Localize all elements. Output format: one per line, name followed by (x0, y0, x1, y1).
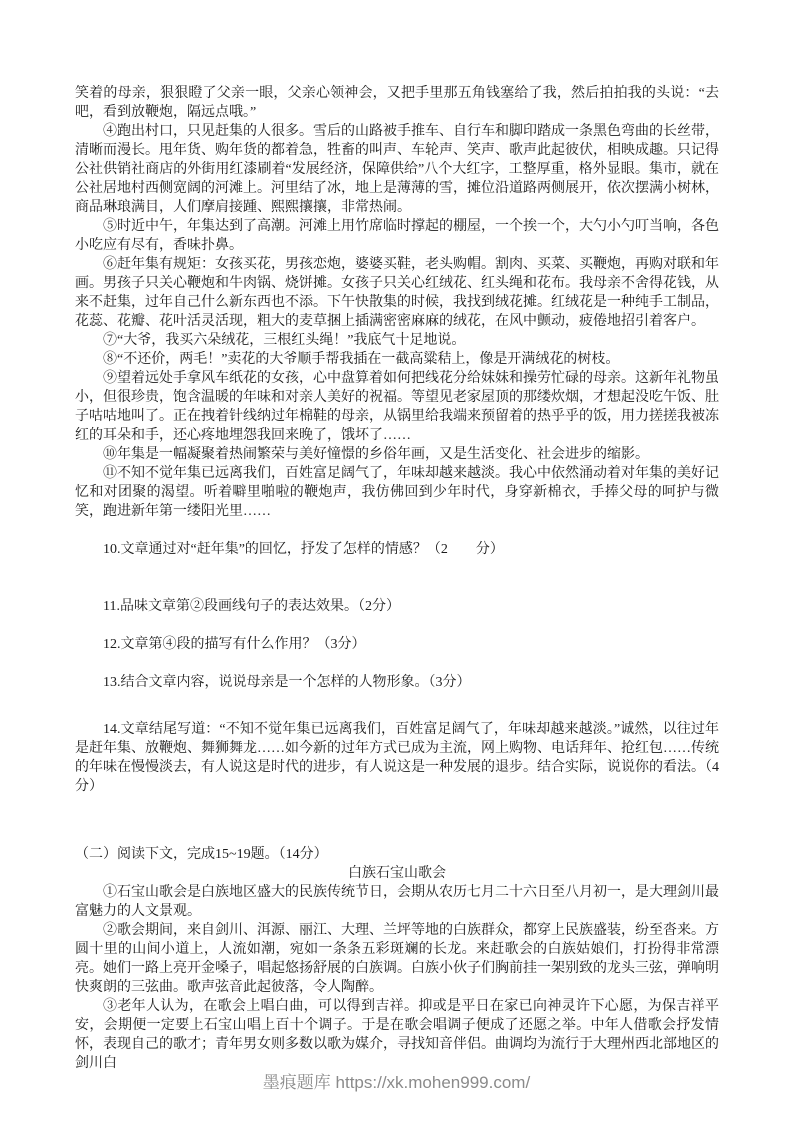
section-two-heading: （二）阅读下文，完成15~19题。（14分） (75, 845, 719, 864)
exam-page: 笑着的母亲，狠狠瞪了父亲一眼，父亲心领神会，又把手里那五角钱塞给了我，然后拍拍我… (0, 0, 793, 1122)
passage-paragraph-11: ⑪不知不觉年集已远离我们，百姓富足阔气了，年味却越来越淡。我心中依然涌动着对年集… (75, 464, 719, 521)
watermark-footer: 墨痕题库 https://xk.mohen999.com/ (0, 1068, 793, 1093)
passage-paragraph-8: ⑧“不还价，两毛！”卖花的大爷顺手帮我插在一截高粱秸上，像是开满绒花的树枝。 (75, 350, 719, 369)
passage-two-paragraph-2: ②歌会期间，来自剑川、洱源、丽江、大理、兰坪等地的白族群众，都穿上民族盛装，纷至… (75, 921, 719, 997)
passage-paragraph-continuation: 笑着的母亲，狠狠瞪了父亲一眼，父亲心领神会，又把手里那五角钱塞给了我，然后拍拍我… (75, 84, 719, 122)
question-11: 11.品味文章第②段画线句子的表达效果。（2分） (75, 597, 719, 616)
passage-two-title: 白族石宝山歌会 (75, 864, 719, 883)
passage-paragraph-6: ⑥赶年集有规矩：女孩买花，男孩恋炮，婆婆买鞋，老头购帽。割肉、买菜、买鞭炮，再购… (75, 255, 719, 331)
passage-two-paragraph-3: ③老年人认为，在歌会上唱白曲，可以得到吉祥。抑或是平日在家已向神灵许下心愿，为保… (75, 997, 719, 1073)
passage-paragraph-4: ④跑出村口，只见赶集的人很多。雪后的山路被手推车、自行车和脚印踏成一条黑色弯曲的… (75, 122, 719, 217)
exam-body: 笑着的母亲，狠狠瞪了父亲一眼，父亲心领神会，又把手里那五角钱塞给了我，然后拍拍我… (75, 84, 719, 1073)
question-13: 13.结合文章内容，说说母亲是一个怎样的人物形象。（3分） (75, 673, 719, 692)
passage-paragraph-5: ⑤时近中午，年集达到了高潮。河滩上用竹席临时撑起的棚屋，一个挨一个，大勺小勺叮当… (75, 217, 719, 255)
passage-paragraph-10: ⑩年集是一幅凝聚着热闹繁荣与美好憧憬的乡俗年画，又是生活变化、社会进步的缩影。 (75, 445, 719, 464)
question-10: 10.文章通过对“赶年集”的回忆，抒发了怎样的情感？（2 分） (75, 540, 719, 559)
passage-paragraph-9: ⑨望着远处手拿风车纸花的女孩，心中盘算着如何把线花分给妹妹和操劳忙碌的母亲。这新… (75, 369, 719, 445)
passage-two-paragraph-1: ①石宝山歌会是白族地区盛大的民族传统节日，会期从农历七月二十六日至八月初一，是大… (75, 883, 719, 921)
question-12: 12.文章第④段的描写有什么作用？（3分） (75, 635, 719, 654)
passage-paragraph-7: ⑦“大爷，我买六朵绒花，三根红头绳！”我底气十足地说。 (75, 331, 719, 350)
question-14: 14.文章结尾写道：“不知不觉年集已远离我们，百姓富足阔气了，年味却越来越淡。”… (75, 720, 719, 796)
